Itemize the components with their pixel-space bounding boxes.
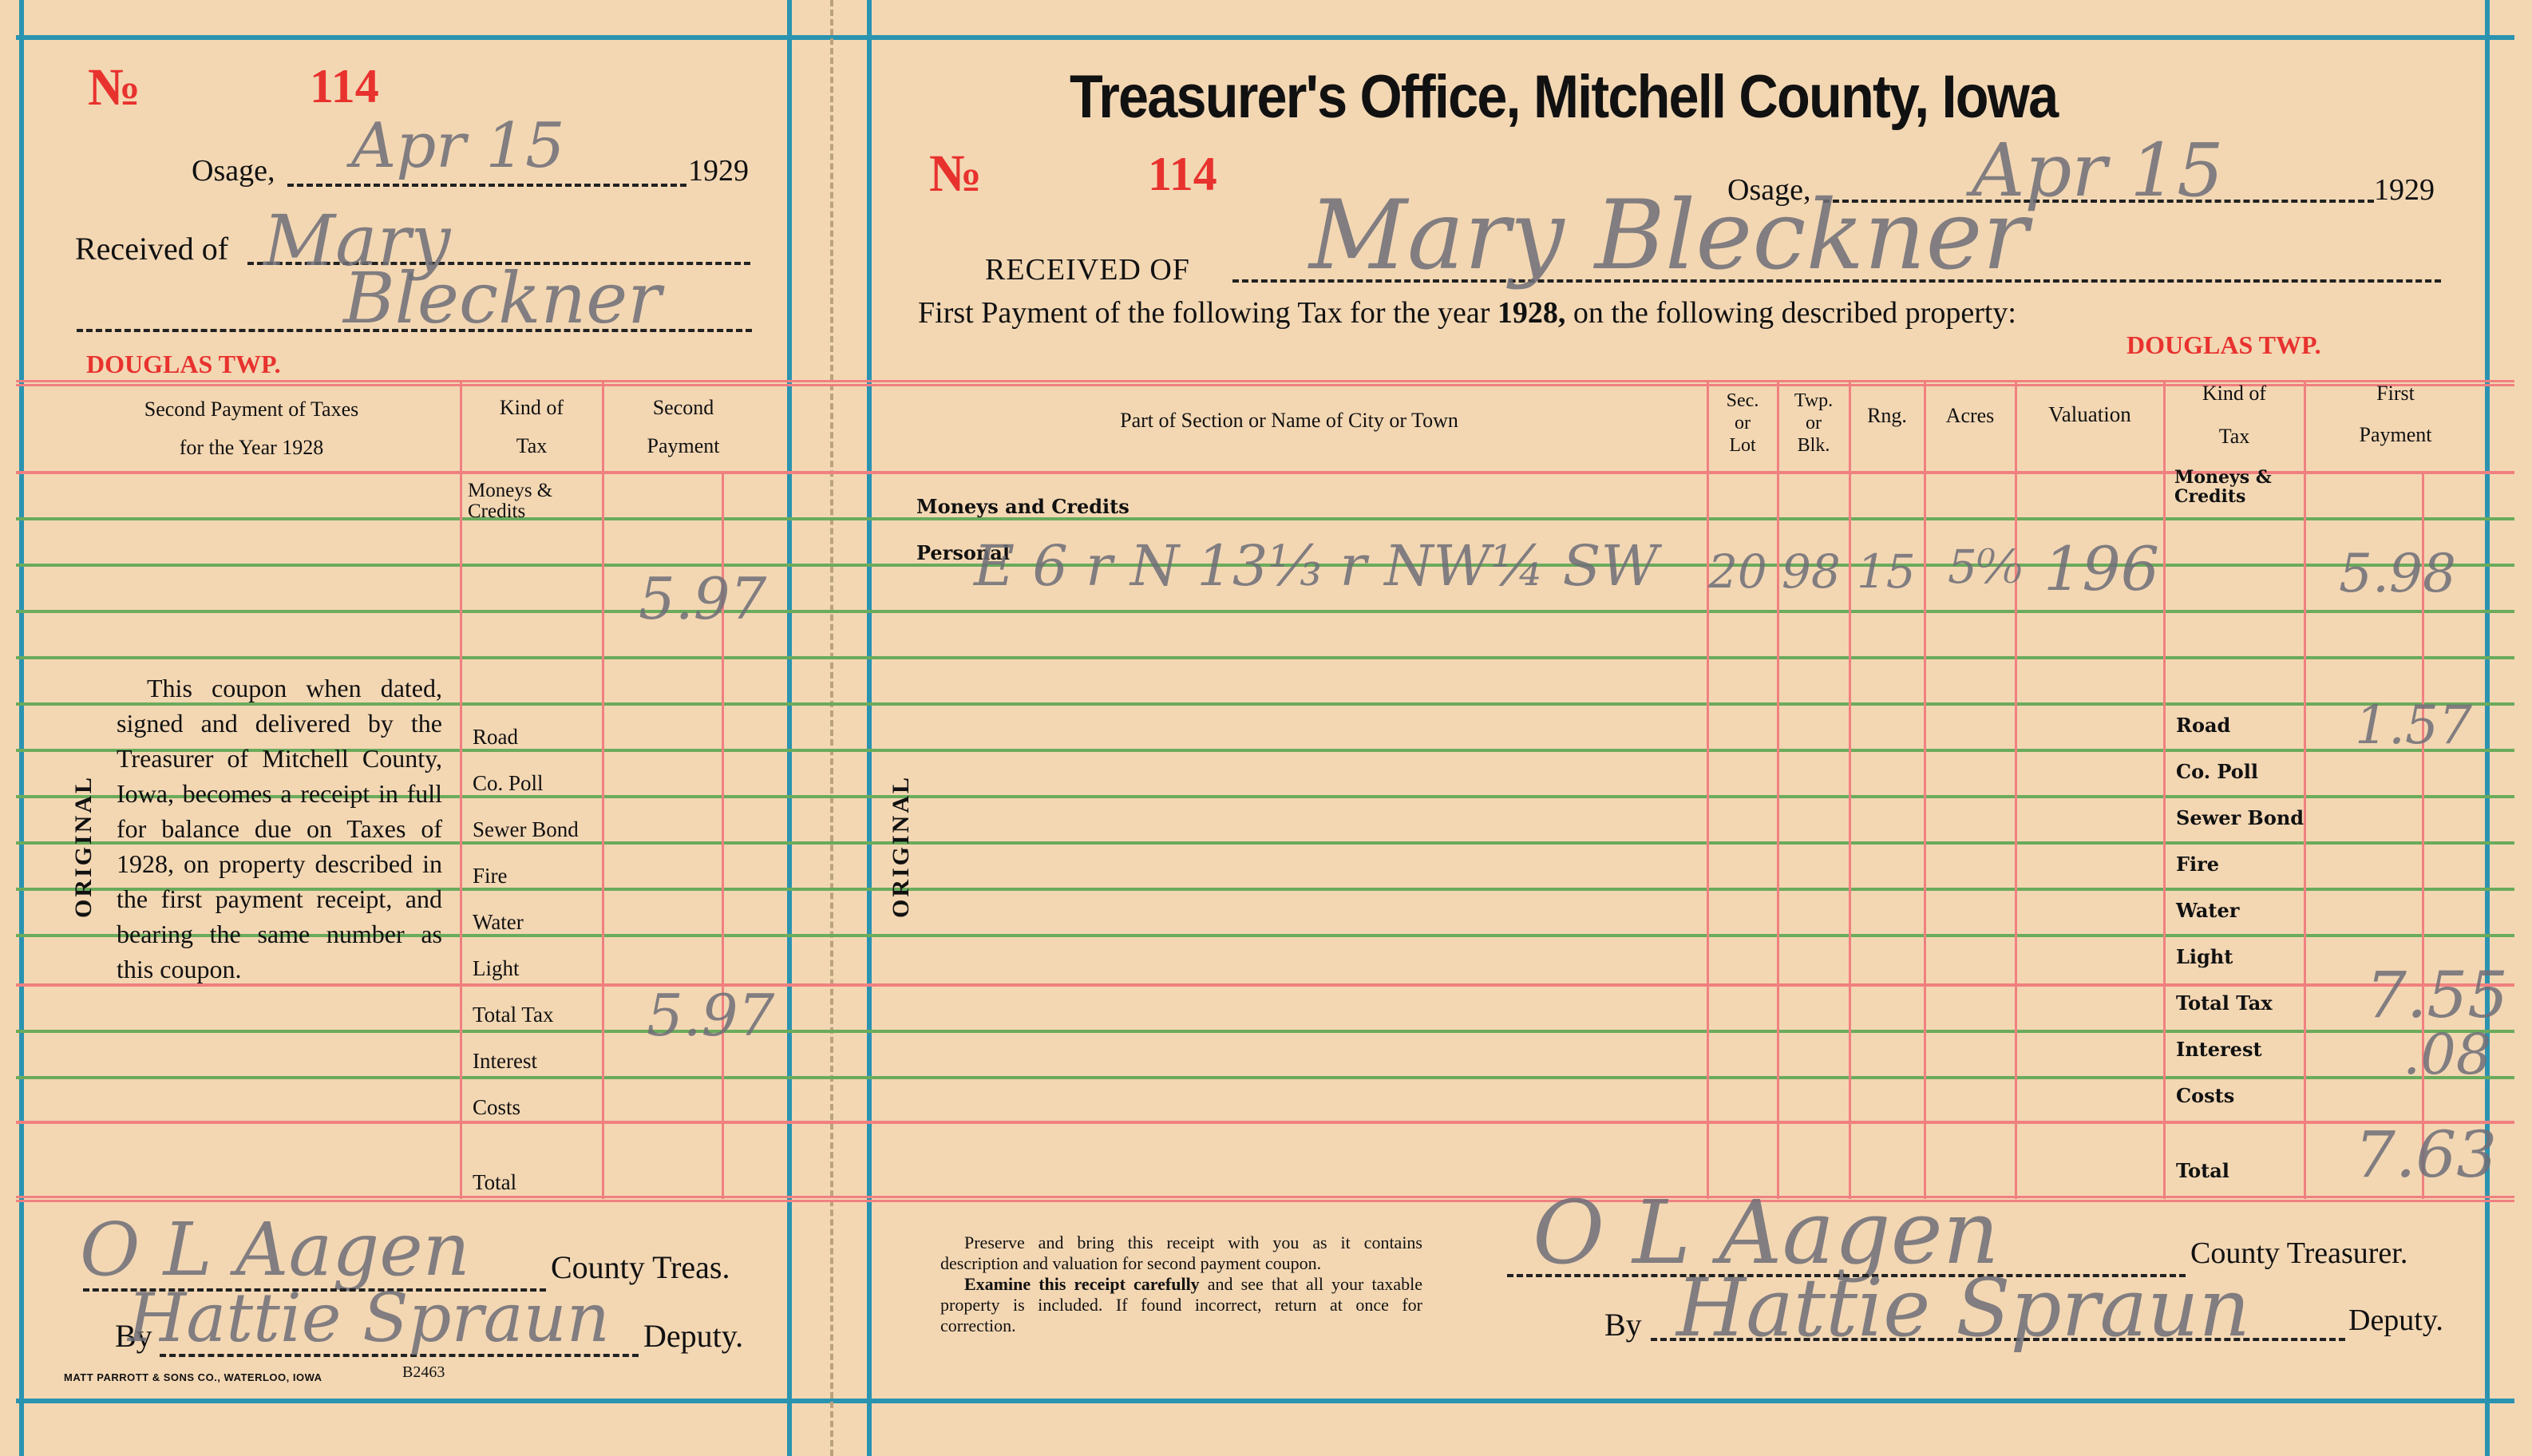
coupon-total-tax-amount: 5.97 xyxy=(647,982,774,1049)
kind-sewer-bond: Sewer Bond xyxy=(2176,806,2304,829)
header-valuation: Valuation xyxy=(2016,402,2163,427)
coupon-township: DOUGLAS TWP. xyxy=(86,350,281,379)
receipt-original-label: ORIGINAL xyxy=(888,775,915,918)
coupon-header-description-1: Second Payment of Taxes xyxy=(48,398,455,421)
receipt-statement-pre: First Payment of the following Tax for t… xyxy=(918,296,1497,330)
property-description: E 6 r N 13⅓ r NW¼ SW xyxy=(974,533,1658,599)
kind-total: Total xyxy=(2176,1159,2229,1182)
property-sec: 20 xyxy=(1708,544,1767,599)
coupon-kind-interest: Interest xyxy=(473,1049,537,1074)
receipt-notice-preserve: Preserve and bring this receipt with you… xyxy=(940,1232,1422,1274)
form-number: B2463 xyxy=(402,1363,445,1382)
coupon-moneys-credits-amount: 5.97 xyxy=(639,565,766,632)
coupon-payer-handwritten-2: Bleckner xyxy=(343,257,661,339)
coupon-kind-water: Water xyxy=(473,910,524,935)
header-sec-1: Sec. xyxy=(1708,390,1777,412)
coupon-kind-total-tax: Total Tax xyxy=(473,1003,553,1027)
header-rng: Rng. xyxy=(1850,404,1924,428)
green-rule xyxy=(16,656,2514,659)
top-blue-rule xyxy=(16,35,2514,40)
coupon-header-description-2: for the Year 1928 xyxy=(48,436,455,460)
header-sec-2: or xyxy=(1708,412,1777,434)
coupon-instructions: This coupon when dated, signed and deliv… xyxy=(117,671,442,987)
coupon-kind-co-poll: Co. Poll xyxy=(473,771,544,796)
property-rng: 15 xyxy=(1857,544,1916,599)
green-rule xyxy=(16,610,2514,613)
header-twp-3: Blk. xyxy=(1778,434,1849,457)
kind-total-tax: Total Tax xyxy=(2176,991,2273,1015)
receipt-statement: First Payment of the following Tax for t… xyxy=(918,295,2016,330)
costs-total-rule xyxy=(16,1121,2514,1124)
receipt-notice-examine: Examine this receipt carefully and see t… xyxy=(940,1274,1422,1336)
coupon-date-line xyxy=(287,184,686,187)
kind-water: Water xyxy=(2176,899,2239,922)
kind-costs: Costs xyxy=(2176,1084,2234,1107)
receipt-number-label: № xyxy=(929,144,982,204)
coupon-deputy-signature: Hattie Spraun xyxy=(128,1279,610,1357)
header-part-of-section: Part of Section or Name of City or Town xyxy=(878,409,1700,433)
row-label-moneys-credits: Moneys and Credits xyxy=(916,495,1130,518)
coupon-header-kind-1: Kind of xyxy=(461,396,602,420)
receipt-notice-bold: Examine this receipt carefully xyxy=(964,1274,1200,1294)
header-payment-2: Payment xyxy=(2305,423,2486,447)
amount-total: 7.63 xyxy=(2355,1118,2497,1192)
property-acres: 5⁰⁄₀ xyxy=(1948,540,2022,594)
header-payment-1: First xyxy=(2305,382,2486,406)
coupon-col-rule xyxy=(602,382,604,1199)
receipt-year: 1929 xyxy=(2374,172,2435,208)
kind-light: Light xyxy=(2176,945,2233,968)
green-rule xyxy=(16,1076,2514,1079)
coupon-header-payment-2: Payment xyxy=(603,434,763,458)
property-valuation: 196 xyxy=(2043,533,2159,604)
left-coupon-left-rule xyxy=(19,0,24,1456)
property-twp: 98 xyxy=(1782,544,1841,599)
header-twp-1: Twp. xyxy=(1778,390,1849,412)
kind-interest: Interest xyxy=(2176,1038,2262,1061)
coupon-number: 114 xyxy=(310,59,379,114)
tax-receipt-document: № 114 Osage, Apr 15 1929 Received of Mar… xyxy=(0,0,2532,1456)
coupon-header-payment-1: Second xyxy=(603,396,763,420)
coupon-header-kind-2: Tax xyxy=(461,434,602,458)
kind-road: Road xyxy=(2176,714,2230,737)
coupon-date-handwritten: Apr 15 xyxy=(351,110,565,182)
coupon-year: 1929 xyxy=(688,153,749,188)
table-top-rule xyxy=(16,380,2514,386)
left-coupon-right-rule xyxy=(787,0,792,1456)
coupon-original-label: ORIGINAL xyxy=(70,775,97,918)
col-rule-rng xyxy=(1849,382,1851,1199)
receipt-by-label: By xyxy=(1604,1306,1642,1343)
coupon-kind-sewer-bond: Sewer Bond xyxy=(473,817,579,842)
coupon-kind-total: Total xyxy=(473,1170,516,1195)
table-header-bottom-rule xyxy=(16,471,2514,474)
header-sec-3: Lot xyxy=(1708,434,1777,457)
coupon-col-rule xyxy=(460,382,462,1199)
receipt-deputy-label: Deputy. xyxy=(2348,1303,2443,1338)
header-acres: Acres xyxy=(1925,404,2015,428)
coupon-number-label: № xyxy=(88,57,140,118)
coupon-received-of-label: Received of xyxy=(75,230,228,267)
col-rule-twp xyxy=(1777,382,1779,1199)
table-bottom-rule xyxy=(16,1196,2514,1202)
kind-fire: Fire xyxy=(2176,853,2219,876)
receipt-payer-handwritten: Mary Bleckner xyxy=(1309,180,2028,291)
receipt-title: Treasurer's Office, Mitchell County, Iow… xyxy=(1070,62,2057,132)
coupon-kind-light: Light xyxy=(473,956,520,981)
receipt-right-rule xyxy=(2485,0,2490,1456)
receipt-left-rule xyxy=(867,0,872,1456)
coupon-kind-moneys-credits: Moneys & Credits xyxy=(468,481,595,522)
col-rule-payment xyxy=(2304,382,2306,1199)
header-twp: Twp. or Blk. xyxy=(1778,390,1849,457)
col-rule-sec xyxy=(1707,382,1709,1199)
header-sec: Sec. or Lot xyxy=(1708,390,1777,457)
receipt-statement-year: 1928, xyxy=(1497,296,1566,330)
col-rule-valuation xyxy=(2015,382,2017,1199)
col-rule-acres xyxy=(1924,382,1926,1199)
header-twp-2: or xyxy=(1778,412,1849,434)
coupon-deputy-label: Deputy. xyxy=(643,1317,743,1355)
coupon-place-label: Osage, xyxy=(192,153,275,188)
receipt-statement-post: on the following described property: xyxy=(1565,296,2016,330)
receipt-notice: Preserve and bring this receipt with you… xyxy=(940,1232,1422,1336)
kind-moneys-credits: Moneys & Credits xyxy=(2174,468,2302,506)
receipt-deputy-signature: Hattie Spraun xyxy=(1676,1261,2250,1355)
kind-co-poll: Co. Poll xyxy=(2176,760,2258,783)
coupon-kind-road: Road xyxy=(473,725,518,750)
header-kind-1: Kind of xyxy=(2165,382,2304,406)
receipt-number: 114 xyxy=(1148,147,1217,202)
amount-moneys-credits: 5.98 xyxy=(2339,543,2456,604)
coupon-kind-fire: Fire xyxy=(473,864,508,888)
bottom-blue-rule xyxy=(16,1399,2514,1403)
receipt-township: DOUGLAS TWP. xyxy=(2126,330,2321,360)
printer-imprint: MATT PARROTT & SONS CO., WATERLOO, IOWA xyxy=(64,1371,322,1383)
perforation-line[interactable] xyxy=(830,0,833,1456)
receipt-received-of-label: RECEIVED OF xyxy=(985,252,1190,287)
green-rule xyxy=(16,1030,2514,1033)
coupon-kind-costs: Costs xyxy=(473,1095,520,1120)
amount-road: 1.57 xyxy=(2355,694,2472,756)
header-kind-2: Tax xyxy=(2165,425,2304,449)
green-rule xyxy=(16,517,2514,520)
col-rule-kind xyxy=(2163,382,2166,1199)
amount-interest: .08 xyxy=(2403,1022,2491,1087)
